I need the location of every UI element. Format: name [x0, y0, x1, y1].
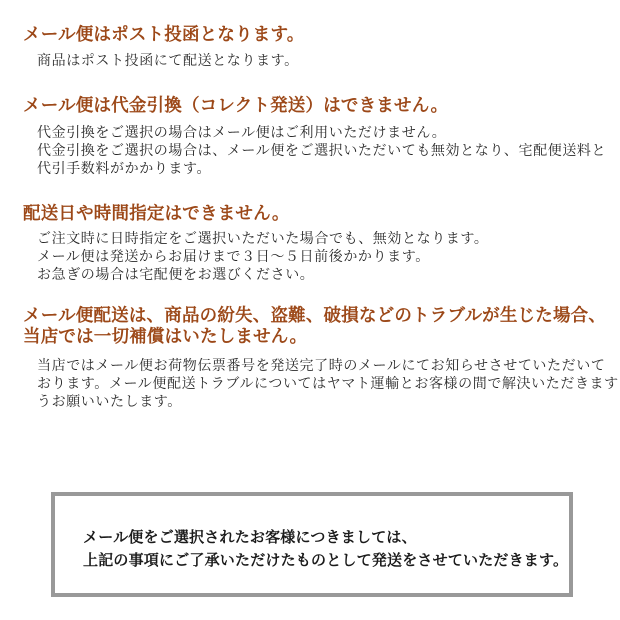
section-no-cod: メール便は代金引換（コレクト発送）はできません。 代金引換をご選択の場合はメール… [0, 95, 620, 179]
heading-line: 当店では一切補償はいたしません。 [23, 326, 307, 346]
section-no-date-time-body: ご注文時に日時指定をご選択いただいた場合でも、無効となります。 メール便は発送か… [0, 231, 620, 285]
section-post-drop-heading: メール便はポスト投函となります。 [0, 24, 620, 45]
body-line: 代金引換をご選択の場合は、メール便をご選択いただいても無効となり、宅配便送料と [37, 143, 620, 161]
heading-line: メール便は代金引換（コレクト発送）はできません。 [23, 95, 448, 115]
section-post-drop-body: 商品はポスト投函にて配送となります。 [0, 53, 620, 71]
body-line: 商品はポスト投函にて配送となります。 [37, 53, 620, 71]
body-line: 代金引換をご選択の場合はメール便はご利用いただけません。 [37, 125, 620, 143]
body-line: おります。メール便配送トラブルについてはヤマト運輸とお客様の間で解決いただきます… [37, 376, 620, 394]
body-line: 当店ではメール便お荷物伝票番号を発送完了時のメールにてお知らせさせていただいて [37, 358, 620, 376]
notice-line: 上記の事項にご了承いただけたものとして発送をさせていただきます。 [83, 550, 569, 573]
section-no-compensation-heading: メール便配送は、商品の紛失、盗難、破損などのトラブルが生じた場合、 当店では一切… [0, 305, 620, 347]
body-line: ご注文時に日時指定をご選択いただいた場合でも、無効となります。 [37, 231, 620, 249]
body-line: お急ぎの場合は宅配便をお選びください。 [37, 267, 620, 285]
section-no-cod-body: 代金引換をご選択の場合はメール便はご利用いただけません。 代金引換をご選択の場合… [0, 125, 620, 179]
section-no-compensation: メール便配送は、商品の紛失、盗難、破損などのトラブルが生じた場合、 当店では一切… [0, 305, 620, 412]
acknowledgement-notice-box: メール便をご選択されたお客様につきましては、 上記の事項にご了承いただけたものと… [51, 492, 573, 597]
heading-line: メール便配送は、商品の紛失、盗難、破損などのトラブルが生じた場合、 [23, 305, 606, 325]
body-line: うお願いいたします。 [37, 394, 620, 412]
section-no-compensation-body: 当店ではメール便お荷物伝票番号を発送完了時のメールにてお知らせさせていただいて … [0, 358, 620, 412]
mail-delivery-policy-page: メール便はポスト投函となります。 商品はポスト投函にて配送となります。 メール便… [0, 0, 620, 620]
section-post-drop: メール便はポスト投函となります。 商品はポスト投函にて配送となります。 [0, 24, 620, 71]
section-no-date-time-heading: 配送日や時間指定はできません。 [0, 203, 620, 224]
heading-line: 配送日や時間指定はできません。 [23, 203, 290, 223]
body-line: メール便は発送からお届けまで３日～５日前後かかります。 [37, 249, 620, 267]
notice-line: メール便をご選択されたお客様につきましては、 [83, 527, 569, 550]
body-line: 代引手数料がかかります。 [37, 161, 620, 179]
heading-line: メール便はポスト投函となります。 [23, 24, 304, 44]
section-no-cod-heading: メール便は代金引換（コレクト発送）はできません。 [0, 95, 620, 116]
section-no-date-time: 配送日や時間指定はできません。 ご注文時に日時指定をご選択いただいた場合でも、無… [0, 203, 620, 285]
